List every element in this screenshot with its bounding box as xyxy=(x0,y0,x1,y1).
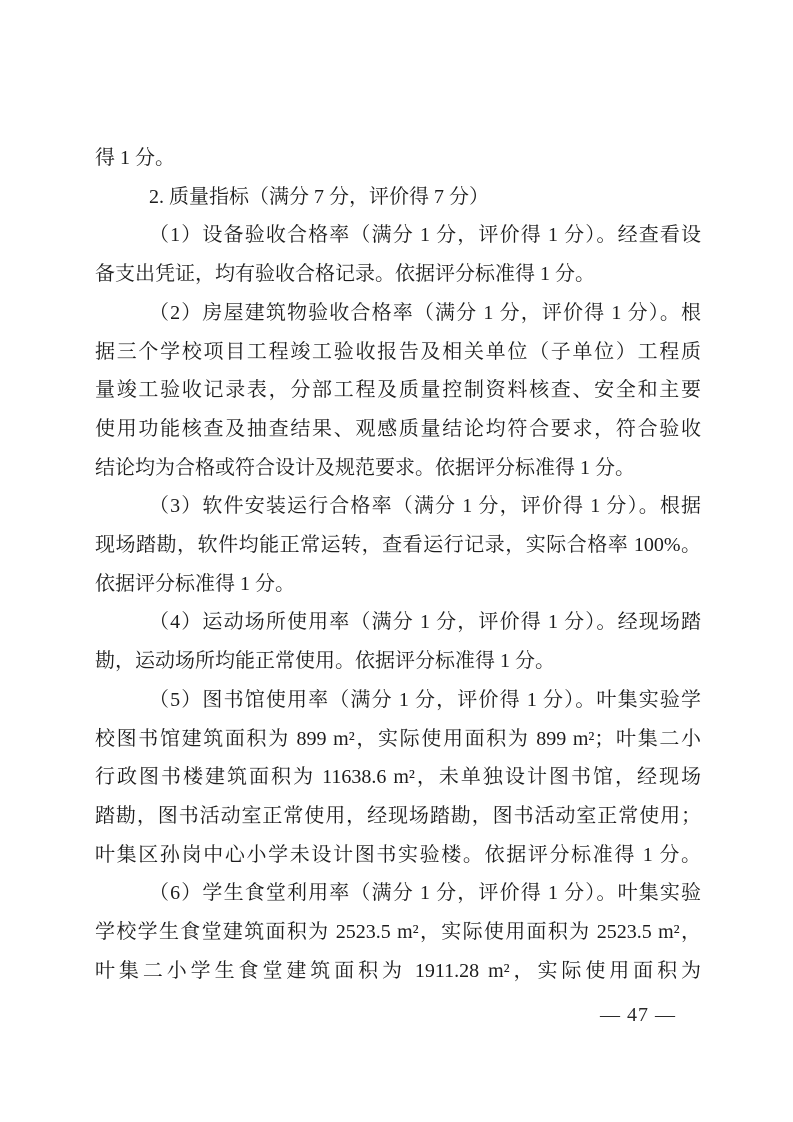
text-line: 现场踏勘，软件均能正常运转，查看运行记录，实际合格率 100%。 xyxy=(95,526,701,565)
text-line: （3）软件安装运行合格率（满分 1 分，评价得 1 分）。根据 xyxy=(95,487,701,526)
text-line: 据三个学校项目工程竣工验收报告及相关单位（子单位）工程质 xyxy=(95,333,701,372)
text-line: 量竣工验收记录表，分部工程及质量控制资料核查、安全和主要 xyxy=(95,371,701,410)
text-line: 叶集区孙岗中心小学未设计图书实验楼。依据评分标准得 1 分。 xyxy=(95,836,701,875)
text-line: 踏勘，图书活动室正常使用，经现场踏勘，图书活动室正常使用； xyxy=(95,797,701,836)
text-line: 勘，运动场所均能正常使用。依据评分标准得 1 分。 xyxy=(95,642,701,681)
body-text: 得 1 分。 2. 质量指标（满分 7 分，评价得 7 分） （1）设备验收合格… xyxy=(95,139,701,990)
text-line: （4）运动场所使用率（满分 1 分，评价得 1 分）。经现场踏 xyxy=(95,603,701,642)
text-line: 结论均为合格或符合设计及规范要求。依据评分标准得 1 分。 xyxy=(95,449,701,488)
text-line: 学校学生食堂建筑面积为 2523.5 m²，实际使用面积为 2523.5 m²， xyxy=(95,913,701,952)
page-number: — 47 — xyxy=(600,1004,676,1027)
text-line: 校图书馆建筑面积为 899 m²，实际使用面积为 899 m²；叶集二小 xyxy=(95,720,701,759)
text-line: （2）房屋建筑物验收合格率（满分 1 分，评价得 1 分）。根 xyxy=(95,294,701,333)
text-line: 使用功能核查及抽查结果、观感质量结论均符合要求，符合验收 xyxy=(95,410,701,449)
text-line: 备支出凭证，均有验收合格记录。依据评分标准得 1 分。 xyxy=(95,255,701,294)
text-line: 得 1 分。 xyxy=(95,139,701,178)
text-line: 行政图书楼建筑面积为 11638.6 m²，未单独设计图书馆，经现场 xyxy=(95,758,701,797)
document-page: 得 1 分。 2. 质量指标（满分 7 分，评价得 7 分） （1）设备验收合格… xyxy=(0,0,793,1122)
text-line: 叶集二小学生食堂建筑面积为 1911.28 m²，实际使用面积为 xyxy=(95,952,701,991)
section-heading: 2. 质量指标（满分 7 分，评价得 7 分） xyxy=(95,178,701,217)
text-line: （5）图书馆使用率（满分 1 分，评价得 1 分）。叶集实验学 xyxy=(95,681,701,720)
text-line: （1）设备验收合格率（满分 1 分，评价得 1 分）。经查看设 xyxy=(95,216,701,255)
text-line: （6）学生食堂利用率（满分 1 分，评价得 1 分）。叶集实验 xyxy=(95,874,701,913)
text-line: 依据评分标准得 1 分。 xyxy=(95,565,701,604)
